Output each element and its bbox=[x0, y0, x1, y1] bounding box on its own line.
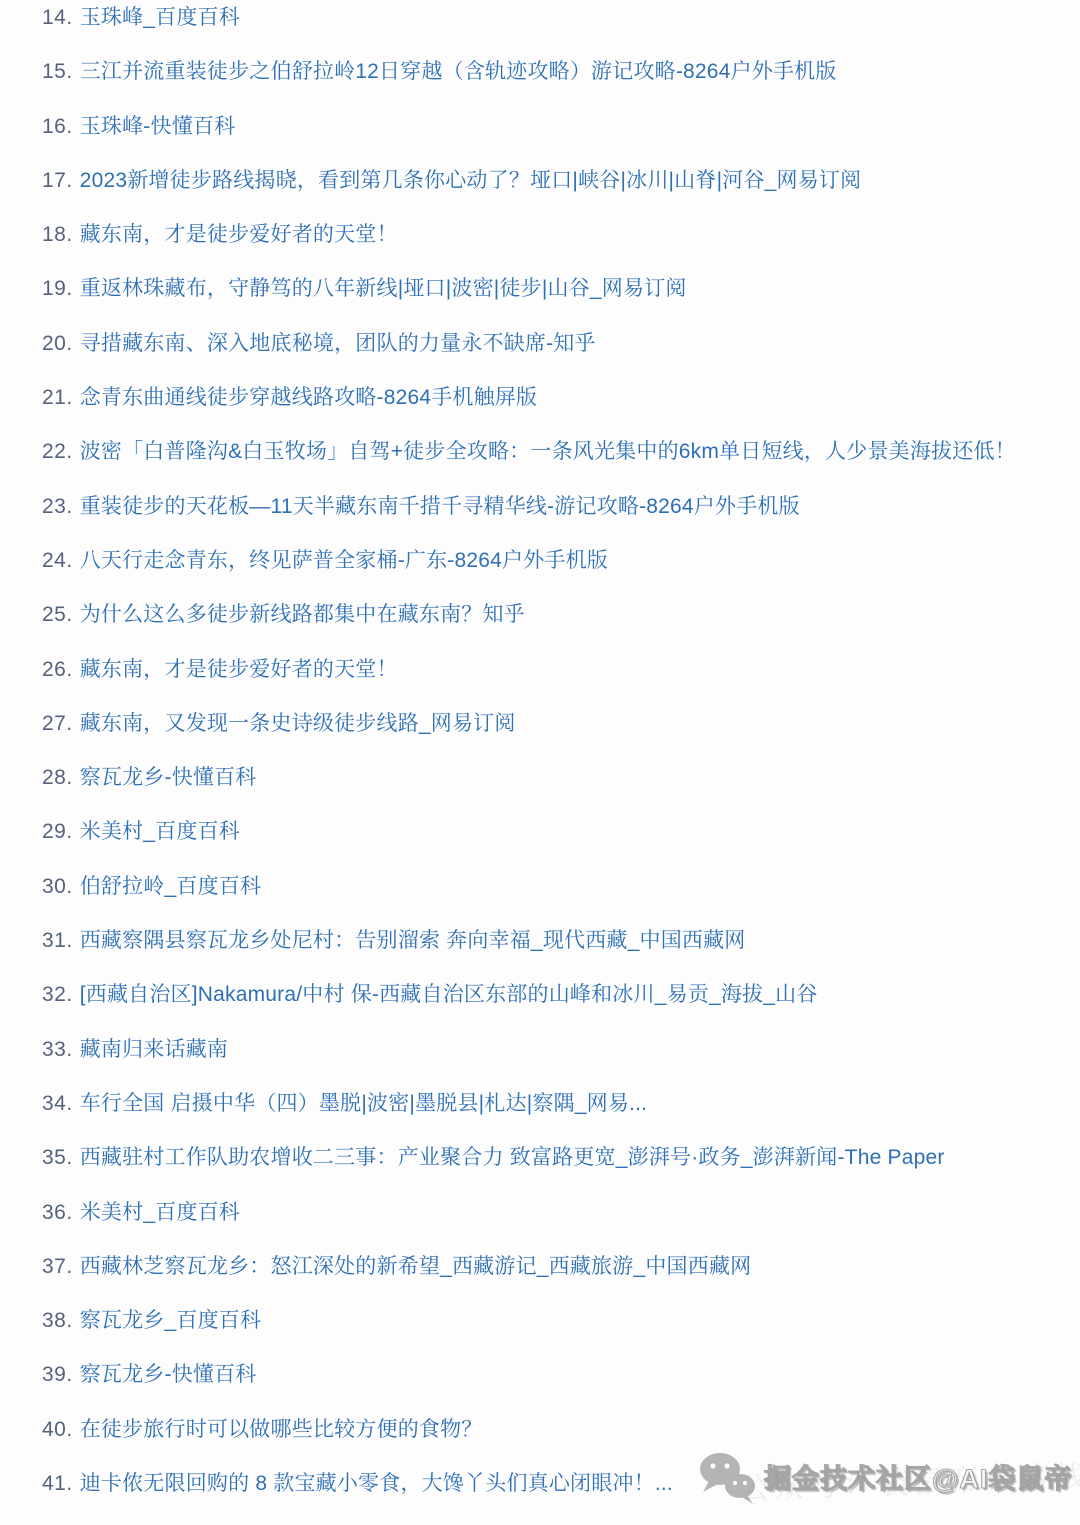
search-result-list: 14.玉珠峰_百度百科15.三江并流重装徒步之伯舒拉岭12日穿越（含轨迹攻略）游… bbox=[42, 7, 1064, 1525]
item-number: 27. bbox=[42, 712, 73, 735]
result-link[interactable]: 车行全国 启摄中华（四）墨脱|波密|墨脱县|札达|察隅_网易... bbox=[80, 1092, 647, 1115]
list-item: 16.玉珠峰-快懂百科 bbox=[42, 116, 1064, 138]
result-link[interactable]: 玉珠峰_百度百科 bbox=[80, 6, 240, 29]
item-number: 33. bbox=[42, 1038, 73, 1061]
result-link[interactable]: 西藏林芝察瓦龙乡：怒江深处的新希望_西藏游记_西藏旅游_中国西藏网 bbox=[80, 1255, 752, 1278]
result-link[interactable]: 伯舒拉岭_百度百科 bbox=[80, 875, 261, 898]
list-item: 15.三江并流重装徒步之伯舒拉岭12日穿越（含轨迹攻略）游记攻略-8264户外手… bbox=[42, 61, 1064, 83]
result-link[interactable]: 察瓦龙乡-快懂百科 bbox=[80, 1363, 257, 1386]
list-item: 32.[西藏自治区]Nakamura/中村 保-西藏自治区东部的山峰和冰川_易贡… bbox=[42, 984, 1064, 1006]
item-number: 41. bbox=[42, 1472, 73, 1495]
list-item: 22.波密「白普隆沟&白玉牧场」自驾+徒步全攻略：一条风光集中的6km单日短线，… bbox=[42, 441, 1064, 463]
result-link[interactable]: 2023新增徒步路线揭晓，看到第几条你心动了？垭口|峡谷|冰川|山脊|河谷_网易… bbox=[80, 169, 862, 192]
list-item: 21.念青东曲通线徒步穿越线路攻略-8264手机触屏版 bbox=[42, 387, 1064, 409]
list-item: 29.米美村_百度百科 bbox=[42, 821, 1064, 843]
list-item: 24.八天行走念青东，终见萨普全家桶-广东-8264户外手机版 bbox=[42, 550, 1064, 572]
item-number: 22. bbox=[42, 440, 73, 463]
result-link[interactable]: 八天行走念青东，终见萨普全家桶-广东-8264户外手机版 bbox=[80, 549, 608, 572]
list-item: 40.在徒步旅行时可以做哪些比较方便的食物？ bbox=[42, 1419, 1064, 1441]
list-item: 20.寻措藏东南、深入地底秘境，团队的力量永不缺席-知乎 bbox=[42, 333, 1064, 355]
item-number: 23. bbox=[42, 495, 73, 518]
list-item: 31.西藏察隅县察瓦龙乡处尼村：告别溜索 奔向幸福_现代西藏_中国西藏网 bbox=[42, 930, 1064, 952]
item-number: 30. bbox=[42, 875, 73, 898]
list-item: 19.重返林珠藏布，守静笃的八年新线|垭口|波密|徒步|山谷_网易订阅 bbox=[42, 278, 1064, 300]
result-link[interactable]: 米美村_百度百科 bbox=[80, 820, 240, 843]
list-item: 30.伯舒拉岭_百度百科 bbox=[42, 876, 1064, 898]
result-link[interactable]: [西藏自治区]Nakamura/中村 保-西藏自治区东部的山峰和冰川_易贡_海拔… bbox=[80, 983, 818, 1006]
list-item: 27.藏东南，又发现一条史诗级徒步线路_网易订阅 bbox=[42, 713, 1064, 735]
result-link[interactable]: 三江并流重装徒步之伯舒拉岭12日穿越（含轨迹攻略）游记攻略-8264户外手机版 bbox=[80, 60, 837, 83]
result-link[interactable]: 藏南归来话藏南 bbox=[80, 1038, 228, 1061]
item-number: 26. bbox=[42, 658, 73, 681]
item-number: 21. bbox=[42, 386, 73, 409]
item-number: 36. bbox=[42, 1201, 73, 1224]
item-number: 17. bbox=[42, 169, 73, 192]
list-item: 36.米美村_百度百科 bbox=[42, 1202, 1064, 1224]
item-number: 18. bbox=[42, 223, 73, 246]
result-link[interactable]: 察瓦龙乡-快懂百科 bbox=[80, 766, 257, 789]
item-number: 32. bbox=[42, 983, 73, 1006]
item-number: 38. bbox=[42, 1309, 73, 1332]
result-link[interactable]: 藏东南，才是徒步爱好者的天堂！ bbox=[80, 223, 398, 246]
item-number: 25. bbox=[42, 603, 73, 626]
list-item: 39.察瓦龙乡-快懂百科 bbox=[42, 1364, 1064, 1386]
result-link[interactable]: 念青东曲通线徒步穿越线路攻略-8264手机触屏版 bbox=[80, 386, 538, 409]
result-link[interactable]: 藏东南，又发现一条史诗级徒步线路_网易订阅 bbox=[80, 712, 516, 735]
item-number: 20. bbox=[42, 332, 73, 355]
item-number: 16. bbox=[42, 115, 73, 138]
item-number: 24. bbox=[42, 549, 73, 572]
result-link[interactable]: 重装徒步的天花板—11天半藏东南千措千寻精华线-游记攻略-8264户外手机版 bbox=[80, 495, 800, 518]
result-link[interactable]: 西藏驻村工作队助农增收二三事：产业聚合力 致富路更宽_澎湃号·政务_澎湃新闻-T… bbox=[80, 1146, 945, 1169]
list-item: 18.藏东南，才是徒步爱好者的天堂！ bbox=[42, 224, 1064, 246]
item-number: 34. bbox=[42, 1092, 73, 1115]
result-link[interactable]: 重返林珠藏布，守静笃的八年新线|垭口|波密|徒步|山谷_网易订阅 bbox=[80, 277, 687, 300]
list-item: 23.重装徒步的天花板—11天半藏东南千措千寻精华线-游记攻略-8264户外手机… bbox=[42, 496, 1064, 518]
list-item: 37.西藏林芝察瓦龙乡：怒江深处的新希望_西藏游记_西藏旅游_中国西藏网 bbox=[42, 1256, 1064, 1278]
item-number: 39. bbox=[42, 1363, 73, 1386]
result-link[interactable]: 玉珠峰-快懂百科 bbox=[80, 115, 236, 138]
list-item: 14.玉珠峰_百度百科 bbox=[42, 7, 1064, 29]
result-link[interactable]: 察瓦龙乡_百度百科 bbox=[80, 1309, 261, 1332]
item-number: 15. bbox=[42, 60, 73, 83]
list-item: 34.车行全国 启摄中华（四）墨脱|波密|墨脱县|札达|察隅_网易... bbox=[42, 1093, 1064, 1115]
watermark: 公众号：袋鼠帝AI客栈 掘金技术社区@AI袋鼠帝 bbox=[698, 1445, 1080, 1525]
item-number: 35. bbox=[42, 1146, 73, 1169]
wechat-icon bbox=[698, 1451, 758, 1507]
item-number: 31. bbox=[42, 929, 73, 952]
watermark-main-text: 掘金技术社区@AI袋鼠帝 bbox=[764, 1457, 1072, 1496]
result-link[interactable]: 在徒步旅行时可以做哪些比较方便的食物？ bbox=[80, 1418, 483, 1441]
item-number: 14. bbox=[42, 6, 73, 29]
list-item: 17.2023新增徒步路线揭晓，看到第几条你心动了？垭口|峡谷|冰川|山脊|河谷… bbox=[42, 170, 1064, 192]
list-item: 26.藏东南，才是徒步爱好者的天堂！ bbox=[42, 659, 1064, 681]
item-number: 40. bbox=[42, 1418, 73, 1441]
result-link[interactable]: 寻措藏东南、深入地底秘境，团队的力量永不缺席-知乎 bbox=[80, 332, 596, 355]
item-number: 37. bbox=[42, 1255, 73, 1278]
list-item: 28.察瓦龙乡-快懂百科 bbox=[42, 767, 1064, 789]
list-item: 25.为什么这么多徒步新线路都集中在藏东南？知乎 bbox=[42, 604, 1064, 626]
list-item: 35.西藏驻村工作队助农增收二三事：产业聚合力 致富路更宽_澎湃号·政务_澎湃新… bbox=[42, 1147, 1064, 1169]
item-number: 19. bbox=[42, 277, 73, 300]
item-number: 28. bbox=[42, 766, 73, 789]
result-link[interactable]: 迪卡侬无限回购的 8 款宝藏小零食，大馋丫头们真心闭眼冲！... bbox=[80, 1472, 673, 1495]
result-link[interactable]: 米美村_百度百科 bbox=[80, 1201, 240, 1224]
list-item: 38.察瓦龙乡_百度百科 bbox=[42, 1310, 1064, 1332]
page: 14.玉珠峰_百度百科15.三江并流重装徒步之伯舒拉岭12日穿越（含轨迹攻略）游… bbox=[0, 0, 1080, 1525]
result-link[interactable]: 藏东南，才是徒步爱好者的天堂！ bbox=[80, 658, 398, 681]
result-link[interactable]: 波密「白普隆沟&白玉牧场」自驾+徒步全攻略：一条风光集中的6km单日短线，人少景… bbox=[80, 440, 1016, 463]
list-item: 33.藏南归来话藏南 bbox=[42, 1039, 1064, 1061]
item-number: 29. bbox=[42, 820, 73, 843]
result-link[interactable]: 西藏察隅县察瓦龙乡处尼村：告别溜索 奔向幸福_现代西藏_中国西藏网 bbox=[80, 929, 746, 952]
result-link[interactable]: 为什么这么多徒步新线路都集中在藏东南？知乎 bbox=[80, 603, 525, 626]
